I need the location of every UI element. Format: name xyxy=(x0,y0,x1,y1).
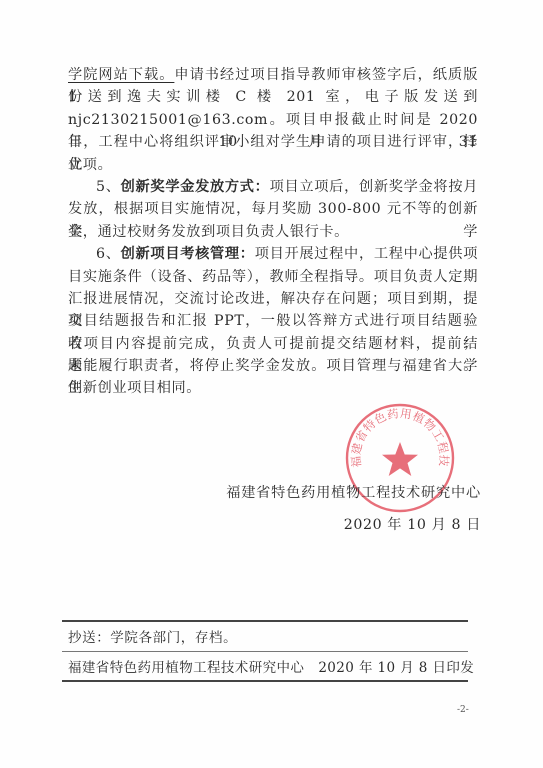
email-line: njc2130215001@163.com。项目申报截止时间是 2020 年 1… xyxy=(68,109,478,131)
text-line: 日，工程中心将组织评审小组对学生申请的项目进行评审，择优 xyxy=(68,131,478,153)
page-number: -2- xyxy=(457,705,469,715)
footer-bottom-divider xyxy=(62,680,468,682)
text-line: 立项。 xyxy=(68,154,478,176)
section-number: 5、 xyxy=(96,179,121,195)
text-line: 汇报进展情况，交流讨论改进，解决存在问题；项目到期，提交 xyxy=(68,288,478,310)
download-link-text: 学院网站下载。 xyxy=(68,67,174,83)
issuer-organization: 福建省特色药用植物工程技术研究中心 xyxy=(68,660,304,676)
text-line: 学院网站下载。申请书经过项目指导教师审核签字后，纸质版 1 xyxy=(68,64,478,86)
text-line: 项目结题报告和汇报 PPT，一般以答辩方式进行项目结题验收； xyxy=(68,310,478,332)
text-line: 若项目内容提前完成，负责人可提前提交结题材料，提前结题。 xyxy=(68,333,478,355)
section-6-heading-line: 6、创新项目考核管理：项目开展过程中，工程中心提供项 xyxy=(68,243,478,265)
footer-top-divider xyxy=(62,620,468,622)
issue-date: 2020 年 10 月 8 日印发 xyxy=(318,660,474,676)
text-line: 未能履行职责者，将停止奖学金发放。项目管理与福建省大学生 xyxy=(68,355,478,377)
text-line: 份送到逸夫实训楼 C 楼 201 室，电子版发送到 xyxy=(68,86,478,108)
text-line: 发放，根据项目实施情况，每月奖励 300-800 元不等的创新奖学 xyxy=(68,198,478,220)
signature-organization: 福建省特色药用植物工程技术研究中心 xyxy=(226,482,481,502)
text-line: 目实施条件（设备、药品等），教师全程指导。项目负责人定期 xyxy=(68,266,478,288)
document-body: 学院网站下载。申请书经过项目指导教师审核签字后，纸质版 1 份送到逸夫实训楼 C… xyxy=(68,64,478,400)
cc-line: 抄送：学院各部门，存档。 xyxy=(68,626,237,646)
section-title: 创新奖学金发放方式： xyxy=(121,179,270,195)
section-number: 6、 xyxy=(96,246,121,262)
section-5-heading-line: 5、创新奖学金发放方式：项目立项后，创新奖学金将按月 xyxy=(68,176,478,198)
document-page: 学院网站下载。申请书经过项目指导教师审核签字后，纸质版 1 份送到逸夫实训楼 C… xyxy=(0,0,543,768)
footer-middle-divider xyxy=(62,651,468,652)
section-title: 创新项目考核管理： xyxy=(121,246,255,262)
issuer-line: 福建省特色药用植物工程技术研究中心2020 年 10 月 8 日印发 xyxy=(68,656,474,676)
signature-date: 2020 年 10 月 8 日 xyxy=(344,514,481,534)
text-line: 创新创业项目相同。 xyxy=(68,377,478,399)
